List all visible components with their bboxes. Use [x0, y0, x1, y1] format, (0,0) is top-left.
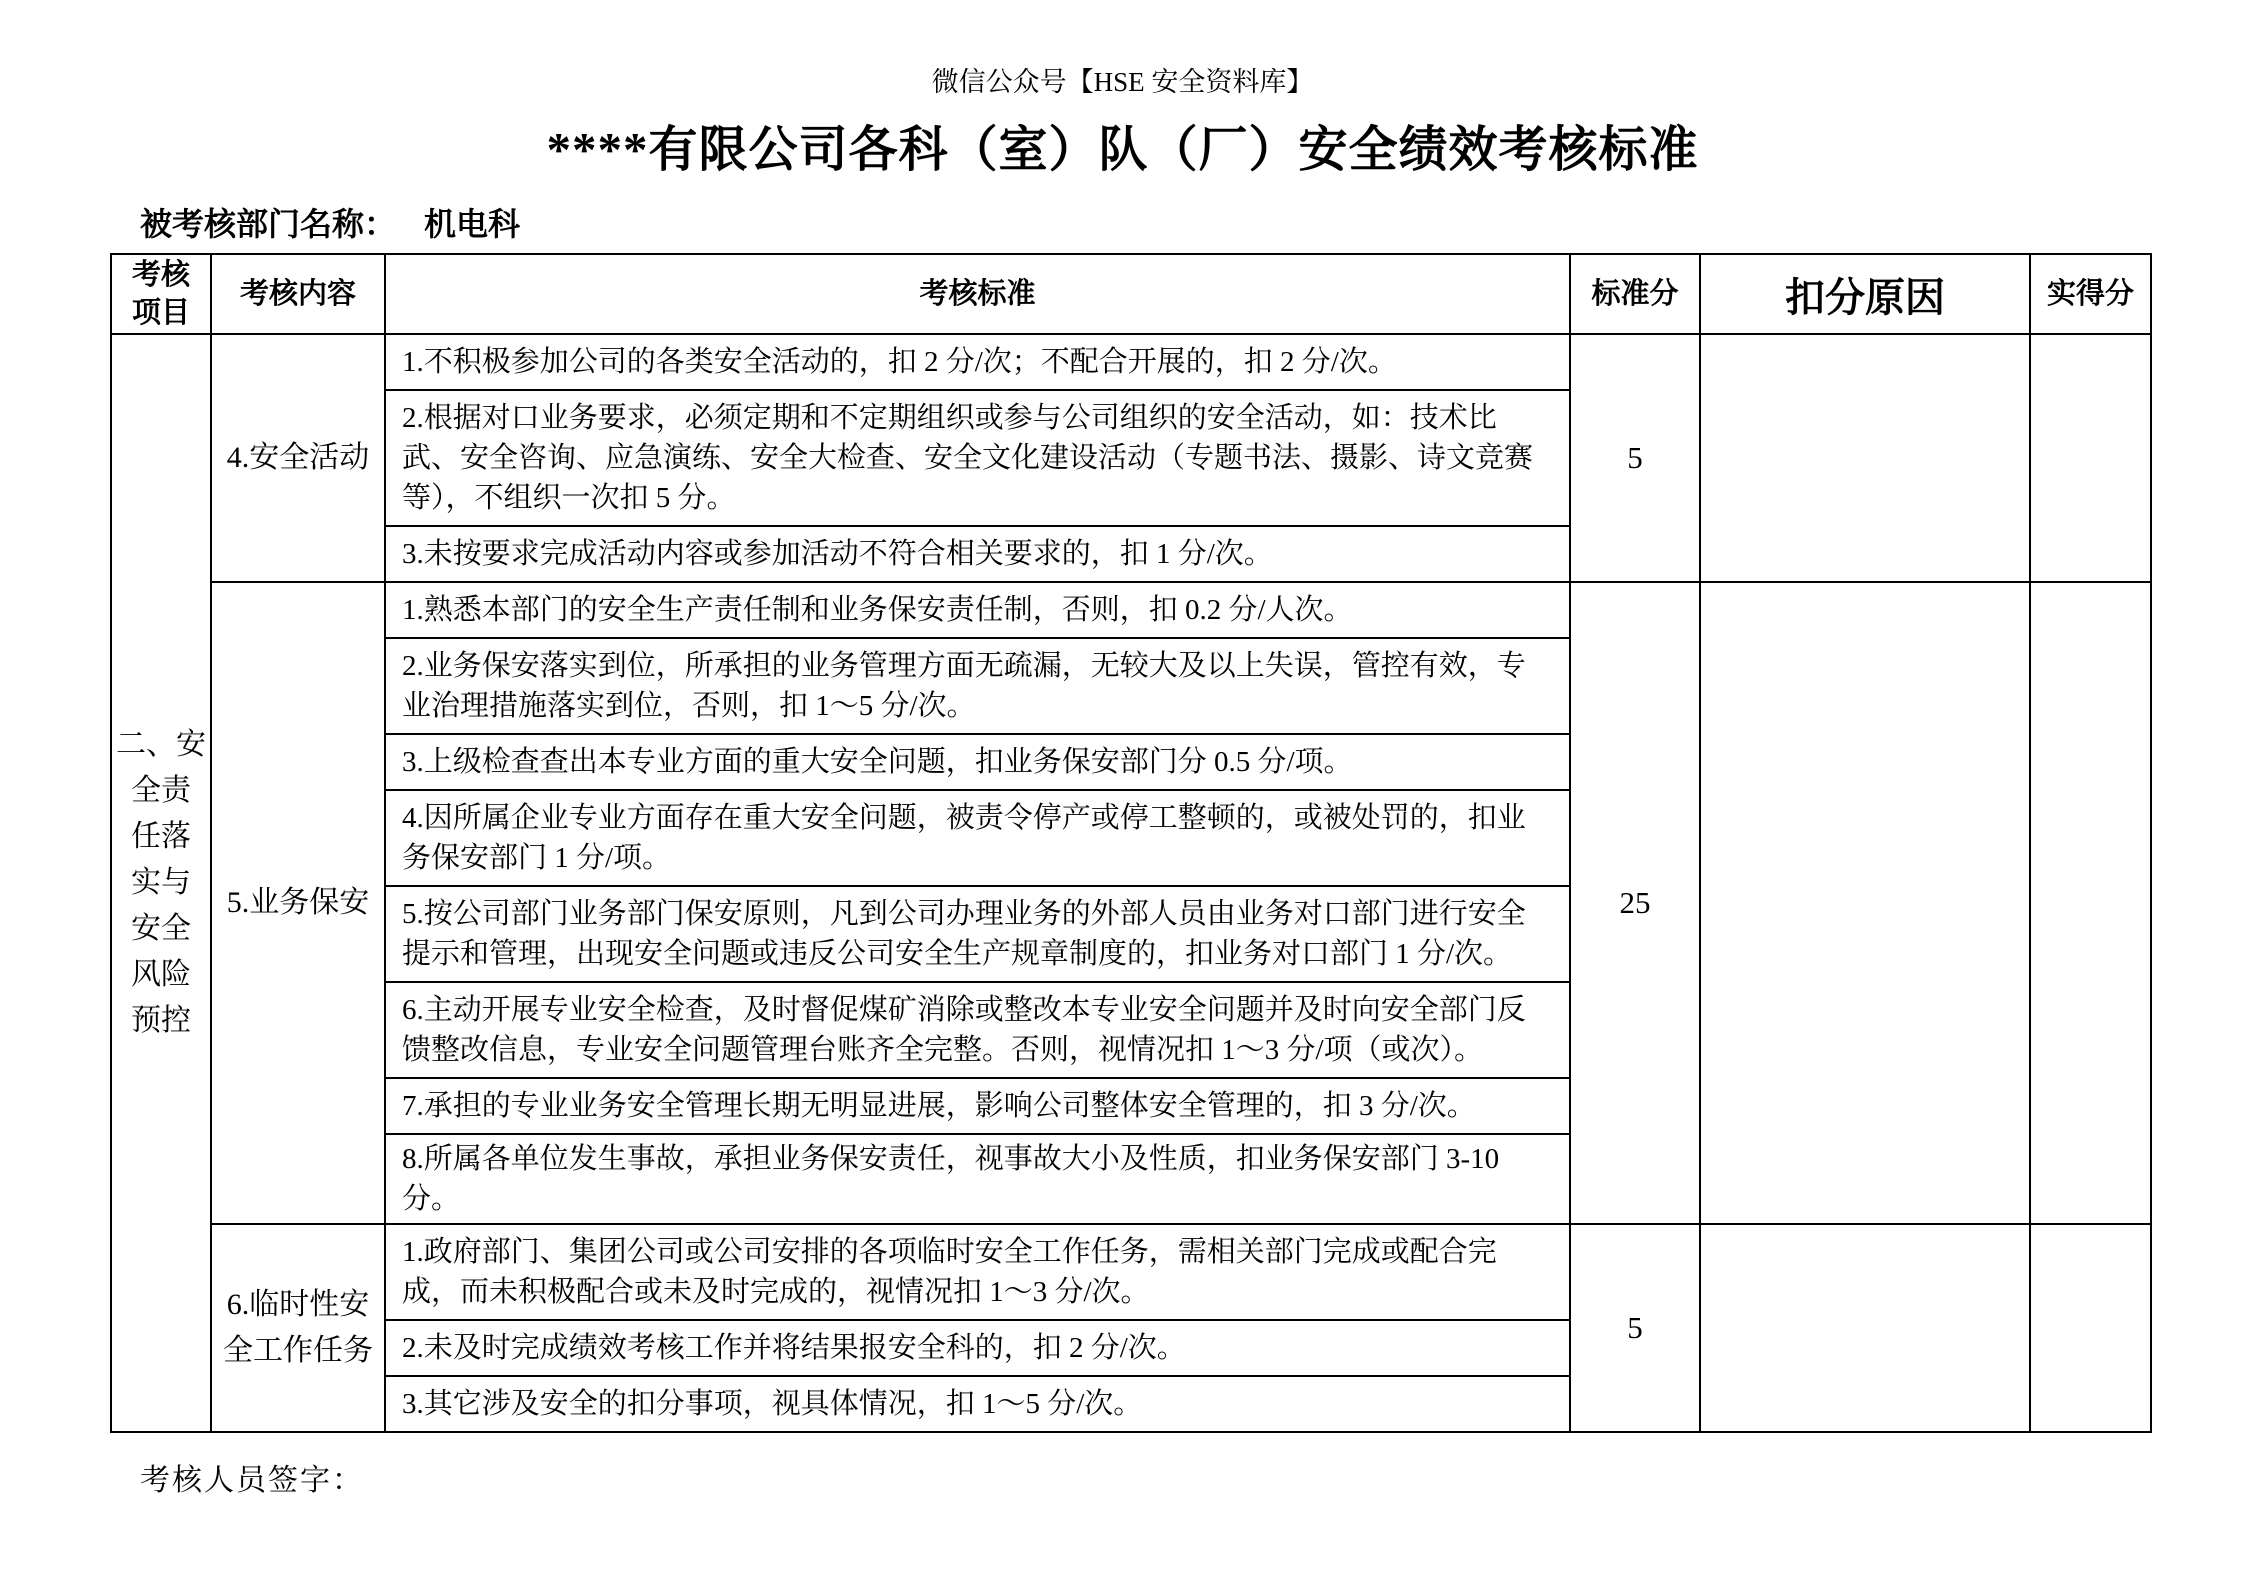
standard-item-cell: 1.熟悉本部门的安全生产责任制和业务保安责任制，否则，扣 0.2 分/人次。	[385, 582, 1570, 638]
score-cell: 5	[1570, 334, 1700, 582]
actual-score-cell	[2030, 582, 2151, 1224]
score-cell: 25	[1570, 582, 1700, 1224]
table-header-row: 考核 项目 考核内容 考核标准 标准分 扣分原因 实得分	[111, 254, 2151, 334]
col-header-content: 考核内容	[211, 254, 385, 334]
group-content-cell: 5.业务保安	[211, 582, 385, 1224]
standard-item-cell: 2.未及时完成绩效考核工作并将结果报安全科的，扣 2 分/次。	[385, 1320, 1570, 1376]
actual-score-cell	[2030, 334, 2151, 582]
standard-item-cell: 8.所属各单位发生事故，承担业务保安责任，视事故大小及性质，扣业务保安部门 3-…	[385, 1134, 1570, 1224]
standard-item-cell: 4.因所属企业专业方面存在重大安全问题，被责令停产或停工整顿的，或被处罚的，扣业…	[385, 790, 1570, 886]
actual-score-cell	[2030, 1224, 2151, 1432]
table-row: 5.业务保安 1.熟悉本部门的安全生产责任制和业务保安责任制，否则，扣 0.2 …	[111, 582, 2151, 638]
group-content-cell: 4.安全活动	[211, 334, 385, 582]
col-header-item: 考核 项目	[111, 254, 211, 334]
col-header-deduction-reason: 扣分原因	[1700, 254, 2030, 334]
standard-item-cell: 2.根据对口业务要求，必须定期和不定期组织或参与公司组织的安全活动，如：技术比武…	[385, 390, 1570, 526]
assessor-sign-label: 考核人员签字：	[140, 1455, 2245, 1499]
deduction-reason-cell	[1700, 582, 2030, 1224]
standard-item-cell: 3.未按要求完成活动内容或参加活动不符合相关要求的，扣 1 分/次。	[385, 526, 1570, 582]
page-title: ****有限公司各科（室）队（厂）安全绩效考核标准	[0, 111, 2245, 181]
group-content-cell: 6.临时性安 全工作任务	[211, 1224, 385, 1432]
standard-item-cell: 3.其它涉及安全的扣分事项，视具体情况，扣 1～5 分/次。	[385, 1376, 1570, 1432]
standard-item-cell: 5.按公司部门业务部门保安原则，凡到公司办理业务的外部人员由业务对口部门进行安全…	[385, 886, 1570, 982]
standard-item-cell: 1.不积极参加公司的各类安全活动的，扣 2 分/次；不配合开展的，扣 2 分/次…	[385, 334, 1570, 390]
standard-item-cell: 7.承担的专业业务安全管理长期无明显进展，影响公司整体安全管理的，扣 3 分/次…	[385, 1078, 1570, 1134]
col-header-standard: 考核标准	[385, 254, 1570, 334]
standard-item-cell: 1.政府部门、集团公司或公司安排的各项临时安全工作任务，需相关部门完成或配合完成…	[385, 1224, 1570, 1320]
department-line: 被考核部门名称：机电科	[140, 199, 2245, 245]
table-row: 二、安 全责 任落 实与 安全 风险 预控 4.安全活动 1.不积极参加公司的各…	[111, 334, 2151, 390]
col-header-score: 标准分	[1570, 254, 1700, 334]
header-note: 微信公众号【HSE 安全资料库】	[0, 60, 2245, 99]
department-label: 被考核部门名称：	[140, 206, 396, 242]
deduction-reason-cell	[1700, 1224, 2030, 1432]
score-cell: 5	[1570, 1224, 1700, 1432]
category-cell: 二、安 全责 任落 实与 安全 风险 预控	[111, 334, 211, 1432]
standard-item-cell: 6.主动开展专业安全检查，及时督促煤矿消除或整改本专业安全问题并及时向安全部门反…	[385, 982, 1570, 1078]
standard-item-cell: 2.业务保安落实到位，所承担的业务管理方面无疏漏，无较大及以上失误，管控有效，专…	[385, 638, 1570, 734]
department-value: 机电科	[424, 206, 520, 242]
table-row: 6.临时性安 全工作任务 1.政府部门、集团公司或公司安排的各项临时安全工作任务…	[111, 1224, 2151, 1320]
col-header-actual-score: 实得分	[2030, 254, 2151, 334]
assessment-table: 考核 项目 考核内容 考核标准 标准分 扣分原因 实得分 二、安 全责 任落 实…	[110, 253, 2152, 1433]
deduction-reason-cell	[1700, 334, 2030, 582]
standard-item-cell: 3.上级检查查出本专业方面的重大安全问题，扣业务保安部门分 0.5 分/项。	[385, 734, 1570, 790]
